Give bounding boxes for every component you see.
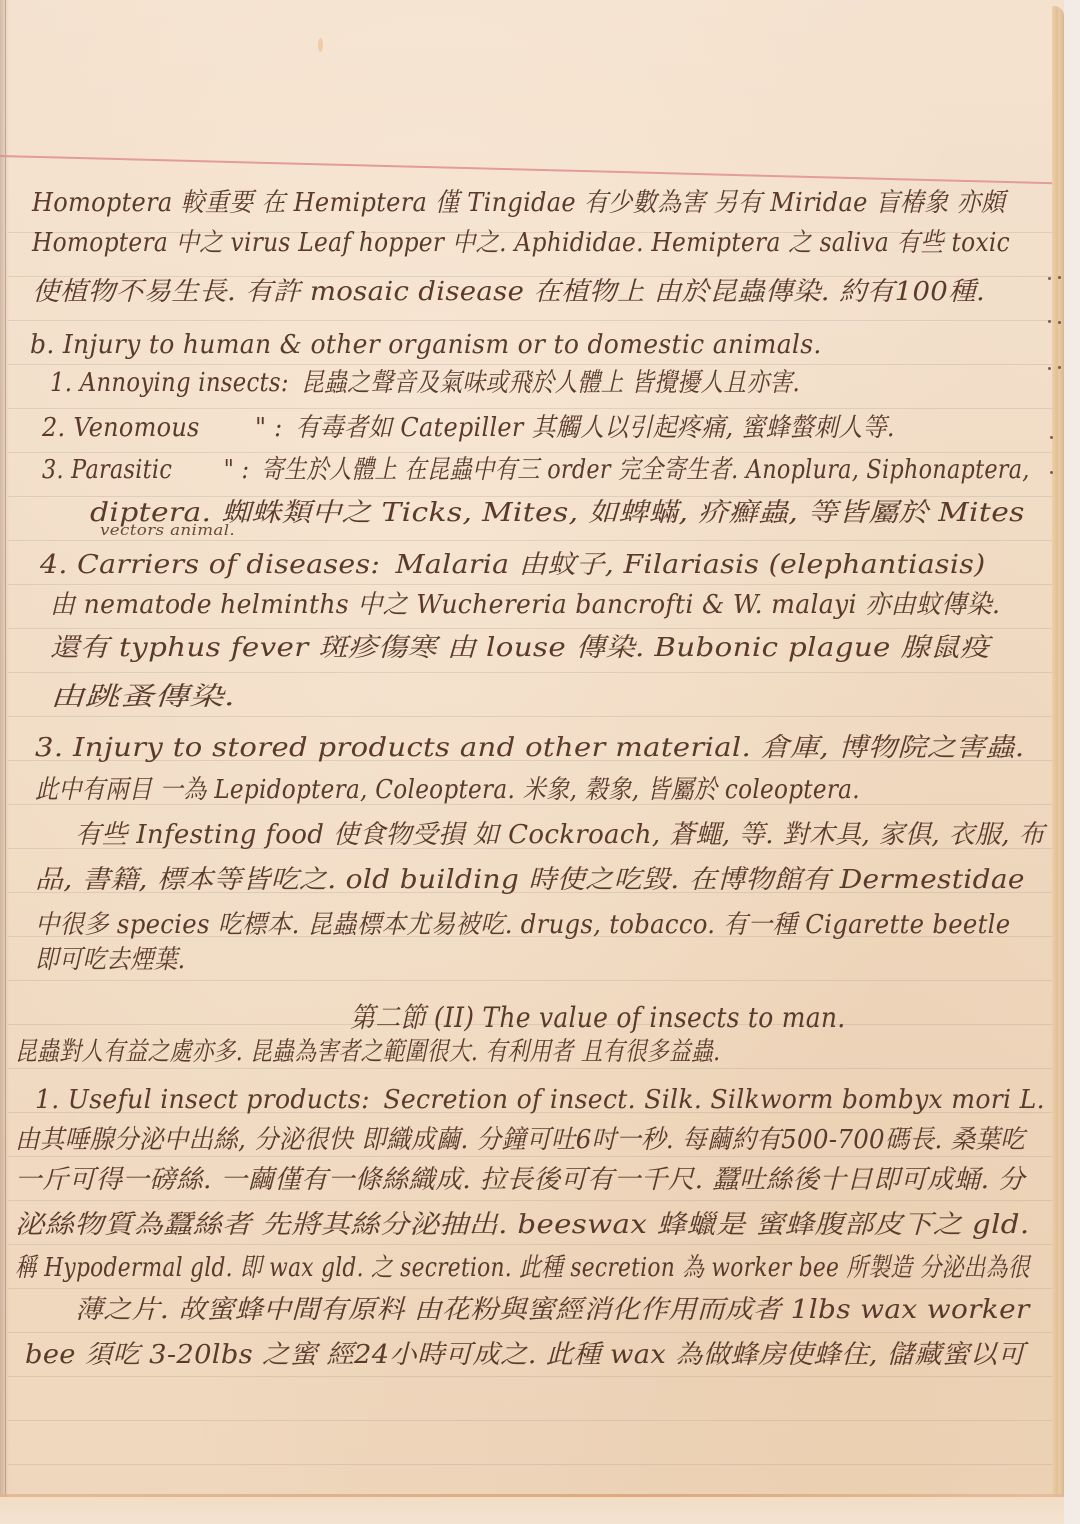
note-line-homoptera-2: Homoptera 中之 virus Leaf hopper 中之. Aphid…	[32, 227, 1010, 259]
carriers-continuation-2: 還有 typhus fever 斑疹傷寒 由 louse 傳染. Bubonic…	[50, 632, 989, 664]
item-label: 1. Useful insect products:	[35, 1085, 370, 1115]
page-stack-right-edge	[1052, 6, 1064, 1506]
item-text: 有毒者如 Catepiller 其觸人以引起疼痛, 蜜蜂螫刺人等.	[295, 413, 894, 443]
margin-dot	[1048, 367, 1051, 370]
item-text: 昆蟲之聲音及氣味或飛於人體上 皆攪擾人且亦害.	[301, 368, 800, 398]
useful-products-line-4: 稱 Hypodermal gld. 即 wax gld. 之 secretion…	[15, 1252, 1030, 1284]
paper-stain	[318, 38, 323, 52]
margin-dot	[1058, 321, 1061, 324]
ditto-mark: " :	[224, 455, 250, 485]
useful-products-line-1: 由其唾腺分泌中出絲, 分泌很快 即織成繭. 分鐘可吐6吋一秒. 每繭約有500-…	[15, 1124, 1025, 1156]
item-label: 3. Parasitic	[42, 455, 172, 485]
binding-edge-line	[5, 0, 6, 1500]
note-line-homoptera-1: Homoptera 較重要 在 Hemiptera 僅 Tingidae 有少數…	[32, 187, 1005, 219]
parasitic-annotation: vectors animal.	[100, 521, 235, 539]
carriers-continuation-3: 由跳蚤傳染.	[50, 681, 235, 713]
margin-dot	[1048, 277, 1051, 280]
item-text: Secretion of insect. Silk. Silkworm bomb…	[383, 1085, 1045, 1115]
red-top-margin-rule	[0, 155, 1078, 185]
section-3-line-4: 中很多 species 吃標本. 昆蟲標本尤易被吃. drugs, tobacc…	[35, 909, 1010, 941]
list-item-parasitic: 3. Parasitic" :寄生於人體上 在昆蟲中有三 order 完全寄生者…	[42, 454, 1030, 486]
margin-dot	[1050, 436, 1053, 439]
list-item-annoying-insects: 1. Annoying insects:昆蟲之聲音及氣味或飛於人體上 皆攪擾人且…	[50, 367, 800, 399]
section-3-line-3: 品, 書籍, 標本等皆吃之. old building 時使之吃毀. 在博物館有…	[35, 864, 1025, 896]
chapter-2-intro: 昆蟲對人有益之處亦多. 昆蟲為害者之範圍很大. 有利用者 且有很多益蟲.	[15, 1036, 720, 1068]
carriers-continuation-1: 由 nematode helminths 中之 Wuchereria bancr…	[50, 589, 1000, 621]
section-3-line-5: 即可吃去煙葉.	[35, 944, 185, 976]
useful-products-line-5: 薄之片. 故蜜蜂中間有原料 由花粉與蜜經消化作用而成者 1lbs wax wor…	[75, 1294, 1030, 1326]
section-3-line-2: 有些 Infesting food 使食物受損 如 Cockroach, 蒼蠅,…	[75, 819, 1045, 851]
notebook-page: Homoptera 較重要 在 Hemiptera 僅 Tingidae 有少數…	[0, 0, 1080, 1524]
section-3-line-1: 此中有兩目 一為 Lepidoptera, Coleoptera. 米象, 穀象…	[35, 774, 860, 806]
item-text: 寄生於人體上 在昆蟲中有三 order 完全寄生者. Anoplura, Sip…	[261, 455, 1029, 485]
list-item-useful-insect-products: 1. Useful insect products:Secretion of i…	[35, 1084, 1045, 1116]
chapter-2-title: 第二節 (II) The value of insects to man.	[350, 1002, 845, 1034]
margin-dot	[1058, 366, 1061, 369]
margin-dot	[1050, 471, 1053, 474]
item-label: 2. Venomous	[42, 413, 200, 443]
useful-products-line-2: 一斤可得一磅絲. 一繭僅有一條絲織成. 拉長後可有一千尺. 蠶吐絲後十日即可成蛹…	[15, 1164, 1025, 1196]
section-b-heading: b. Injury to human & other organism or t…	[30, 329, 822, 361]
useful-products-line-6: bee 須吃 3-20lbs 之蜜 經24小時可成之. 此種 wax 為做蜂房使…	[25, 1339, 1025, 1371]
item-text: Malaria 由蚊子, Filariasis (elephantiasis)	[396, 550, 986, 580]
page-stack-bottom	[0, 1497, 1064, 1524]
item-label: 1. Annoying insects:	[50, 368, 289, 398]
section-3-heading: 3. Injury to stored products and other m…	[35, 732, 1024, 764]
margin-dot	[1048, 320, 1051, 323]
useful-products-line-3: 泌絲物質為蠶絲者 先將其絲分泌抽出. beeswax 蜂蠟是 蜜蜂腹部皮下之 g…	[15, 1209, 1029, 1241]
list-item-venomous: 2. Venomous" :有毒者如 Catepiller 其觸人以引起疼痛, …	[42, 412, 895, 444]
background-outside-page	[1064, 0, 1080, 1524]
margin-dot	[1058, 276, 1061, 279]
ditto-mark: " :	[255, 413, 283, 443]
note-line-homoptera-3: 使植物不易生長. 有許 mosaic disease 在植物上 由於昆蟲傳染. …	[32, 276, 985, 308]
list-item-carriers-of-diseases: 4. Carriers of diseases:Malaria 由蚊子, Fil…	[40, 549, 986, 581]
item-label: 4. Carriers of diseases:	[40, 550, 380, 580]
